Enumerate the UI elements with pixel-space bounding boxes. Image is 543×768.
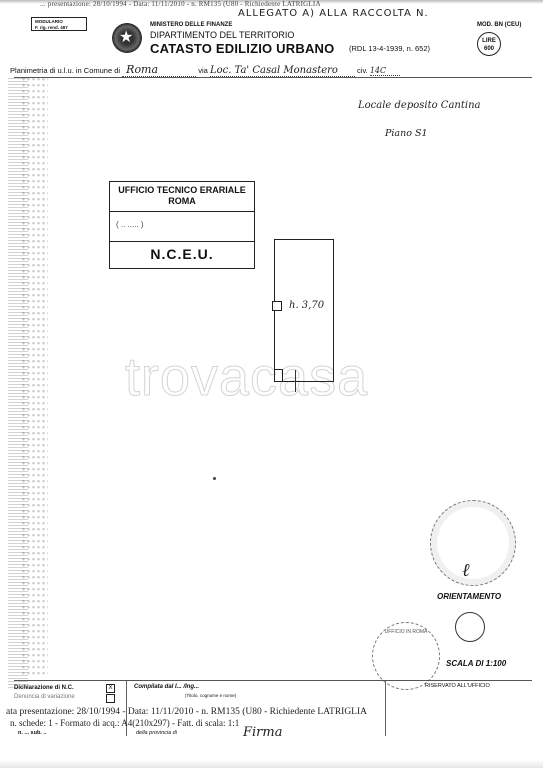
civ-label: civ. [357, 66, 368, 75]
via-value: Loc. Ta' Casal Monastero [210, 65, 355, 77]
fee-value: 600 [478, 45, 500, 53]
handwritten-note-usage: Locale deposito Cantina [358, 100, 480, 111]
floorplan-door-corner [274, 369, 283, 382]
compiled-by: Compilata dal l... /Ing... [134, 684, 199, 690]
presentation-date-line: ata presentazione: 28/10/1994 - Data: 11… [6, 707, 367, 717]
scale-circle-icon [455, 612, 485, 642]
header-divider [14, 77, 532, 78]
modulario-box: MODULARIO F. rig. rend. 497 [31, 17, 87, 31]
ministry-label: MINISTERO DELLE FINANZE [150, 22, 232, 28]
room-height-label: h. 3,70 [289, 300, 324, 311]
department-label: DIPARTIMENTO DEL TERRITORIO [150, 30, 294, 40]
declaration-checkbox[interactable]: X [106, 684, 115, 693]
floorplan-wall-notch [272, 301, 282, 311]
fee-stamp: LIRE 600 [477, 32, 501, 56]
office-stamp-header: UFFICIO TECNICO ERARIALE ROMA [110, 182, 254, 212]
office-stamp-middle: ( .. ..... ) [110, 212, 254, 242]
fee-label: LIRE [478, 37, 500, 45]
scan-noise-speckle [22, 78, 48, 678]
republic-emblem-icon [112, 23, 142, 53]
office-stamp-nceu: N.C.E.U. [110, 242, 254, 267]
sheet-format-line: n. schede: 1 - Formato di acq.: A4(210x2… [10, 718, 239, 728]
modulario-sub: F. rig. rend. 497 [35, 25, 83, 31]
comune-value: Roma [122, 63, 196, 77]
province-label: della provincia di [136, 730, 177, 736]
handwritten-annotation: ALLEGATO A) ALLA RACCOLTA N. [238, 8, 429, 19]
footer-office-divider [385, 681, 386, 736]
orientation-stamp-icon [430, 500, 516, 586]
top-stamp-strip: ... presentazione: 28/10/1994 - Data: 11… [40, 0, 321, 8]
address-prefix: Planimetria di u.l.u. in Comune di [10, 66, 120, 75]
compiled-by-caption: (Titolo, cognome e nome) [185, 693, 236, 698]
scale-label: SCALA DI 1:100 [446, 659, 506, 668]
scan-speck [213, 477, 216, 480]
orientation-label: ORIENTAMENTO [437, 592, 501, 601]
floorplan-entry-mark [295, 370, 296, 392]
via-label: via [198, 66, 208, 75]
handwritten-note-floor: Piano S1 [385, 128, 428, 139]
declaration-label: Dichiarazione di N.C. [14, 685, 74, 691]
north-arrow-icon: ℓ [462, 560, 470, 581]
scan-bottom-edge [0, 760, 543, 768]
signature: Firma [243, 725, 282, 740]
office-name: UFFICIO TECNICO ERARIALE [110, 185, 254, 196]
document-title: CATASTO EDILIZIO URBANO [150, 41, 334, 56]
address-line: Planimetria di u.l.u. in Comune di Roma … [10, 63, 400, 77]
sub-reference: n. ... sub. .. [18, 730, 46, 736]
civ-value: 14C [370, 66, 400, 76]
reserved-office-label: RISERVATO ALL'UFFICIO [425, 683, 490, 689]
office-city: ROMA [110, 196, 254, 207]
variation-checkbox[interactable] [106, 694, 115, 703]
footer-divider [14, 680, 532, 681]
office-stamp: UFFICIO TECNICO ERARIALE ROMA ( .. .....… [109, 181, 255, 269]
law-reference: (RDL 13-4-1939, n. 652) [349, 44, 430, 53]
form-code: MOD. BN (CEU) [477, 22, 521, 28]
variation-label: Denuncia di variazione [14, 694, 75, 700]
